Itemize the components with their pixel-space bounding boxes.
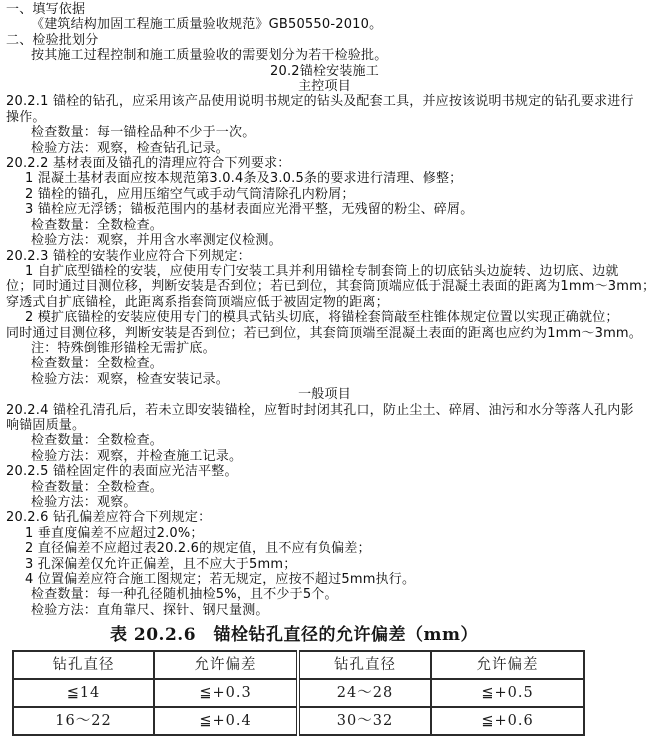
text-line: 20.2.6 钻孔偏差应符合下列规定： [4, 510, 645, 525]
text-line: 一般项目 [4, 387, 645, 402]
table-cell: ≦+0.6 [431, 707, 584, 735]
text-line: 检查数量：全数检查。 [4, 433, 645, 448]
text-line: 20.2.2 基材表面及锚孔的清理应符合下列要求： [4, 156, 645, 171]
table-cell: ≦+0.5 [431, 679, 584, 707]
text-line: 检验方法：观察，并检查施工记录。 [4, 449, 645, 464]
table-row: 16～22≦+0.430～32≦+0.6 [13, 707, 584, 735]
text-line: 20.2.5 锚栓固定件的表面应光洁平整。 [4, 464, 645, 479]
table-cell: ≦+0.4 [154, 707, 298, 735]
table-cell: ≦+0.3 [154, 679, 298, 707]
table-cell: ≦14 [13, 679, 154, 707]
table-row: ≦14≦+0.324～28≦+0.5 [13, 679, 584, 707]
table-header-cell: 允许偏差 [431, 651, 584, 679]
text-line: 注：特殊倒锥形锚栓无需扩底。 [4, 341, 645, 356]
table-cell: 24～28 [298, 679, 431, 707]
text-line: 检查数量：全数检查。 [4, 218, 645, 233]
table-header-row: 钻孔直径允许偏差钻孔直径允许偏差 [13, 651, 584, 679]
text-line: 检查数量：全数检查。 [4, 480, 645, 495]
text-line: 检验方法：观察。 [4, 495, 645, 510]
text-line: 同时通过目测位移，判断安装是否到位；若已到位，其套筒顶端至混凝土表面的距离也应约… [4, 326, 645, 341]
text-line: 响锚固质量。 [4, 418, 645, 433]
text-line: 穿透式自扩底锚栓，此距离系指套筒顶端应低于被固定物的距离； [4, 295, 645, 310]
text-line: 20.2.3 锚栓的安装作业应符合下列规定： [4, 249, 645, 264]
table-header-cell: 钻孔直径 [298, 651, 431, 679]
text-line: 20.2.1 锚栓的钻孔，应采用该产品使用说明书规定的钻头及配套工具，并应按该说… [4, 94, 645, 109]
text-line: 一、填写依据 [4, 2, 645, 17]
text-line: 2 锚栓的锚孔，应用压缩空气或手动气筒清除孔内粉屑； [4, 187, 645, 202]
text-line: 位；同时通过目测位移，判断安装是否到位；若已到位，其套筒顶端应低于混凝土表面的距… [4, 279, 645, 294]
document-page: 一、填写依据《建筑结构加固工程施工质量验收规范》GB50550-2010。二、检… [0, 0, 649, 736]
text-line: 主控项目 [4, 79, 645, 94]
text-line: 检验方法：观察，检查钻孔记录。 [4, 141, 645, 156]
text-line: 检查数量：全数检查。 [4, 356, 645, 371]
text-line: 按其施工过程控制和施工质量验收的需要划分为若干检验批。 [4, 48, 645, 63]
text-line: 2 直径偏差不应超过表20.2.6的规定值，且不应有负偏差； [4, 541, 645, 556]
table-cell: 30～32 [298, 707, 431, 735]
text-line: 1 垂直度偏差不应超过2.0%； [4, 526, 645, 541]
text-line: 操作。 [4, 110, 645, 125]
text-line: 检验方法：直角靠尺、探针、钢尺量测。 [4, 603, 645, 618]
text-line: 《建筑结构加固工程施工质量验收规范》GB50550-2010。 [4, 17, 645, 32]
text-line: 检验方法：观察，检查安装记录。 [4, 372, 645, 387]
text-line: 3 孔深偏差仅允许正偏差，且不应大于5mm； [4, 557, 645, 572]
text-line: 3 锚栓应无浮锈；锚板范围内的基材表面应光滑平整，无残留的粉尘、碎屑。 [4, 202, 645, 217]
text-line: 20.2.4 锚栓孔清孔后，若未立即安装锚栓，应暂时封闭其孔口，防止尘土、碎屑、… [4, 403, 645, 418]
table-header-cell: 允许偏差 [154, 651, 298, 679]
text-line: 检验方法：观察，并用含水率测定仪检测。 [4, 233, 645, 248]
table-header-cell: 钻孔直径 [13, 651, 154, 679]
text-line: 二、检验批划分 [4, 33, 645, 48]
document-body: 一、填写依据《建筑结构加固工程施工质量验收规范》GB50550-2010。二、检… [4, 2, 645, 618]
table-title: 表 20.2.6 锚栓钻孔直径的允许偏差（mm） [4, 624, 584, 646]
text-line: 1 混凝土基材表面应按本规范第3.0.4条及3.0.5条的要求进行清理、修整； [4, 171, 645, 186]
text-line: 1 自扩底型锚栓的安装，应使用专门安装工具并利用锚栓专制套筒上的切底钻头边旋转、… [4, 264, 645, 279]
table-cell: 16～22 [13, 707, 154, 735]
text-line: 检查数量：每一种孔径随机抽检5%，且不少于5个。 [4, 587, 645, 602]
text-line: 20.2锚栓安装施工 [4, 64, 645, 79]
text-line: 检查数量：每一锚栓品种不少于一次。 [4, 125, 645, 140]
drill-diameter-tolerance-table: 钻孔直径允许偏差钻孔直径允许偏差 ≦14≦+0.324～28≦+0.516～22… [12, 650, 585, 736]
text-line: 2 模扩底锚栓的安装应使用专门的模具式钻头切底，将锚栓套筒敲至柱锥体规定位置以实… [4, 310, 645, 325]
text-line: 4 位置偏差应符合施工图规定；若无规定，应按不超过5mm执行。 [4, 572, 645, 587]
